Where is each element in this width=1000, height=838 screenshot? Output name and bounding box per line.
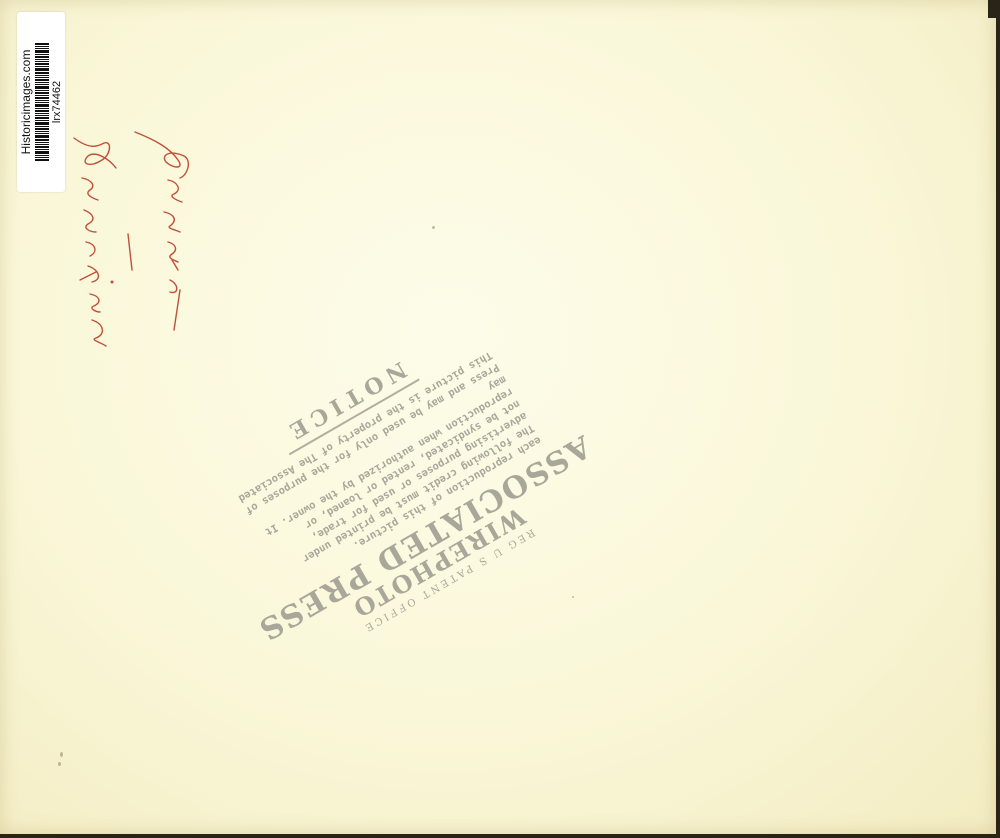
scan-corner (988, 0, 1000, 18)
handwritten-annotation (60, 120, 220, 360)
paper-speck (432, 226, 435, 229)
paper-speck (60, 752, 63, 757)
paper-speck (58, 762, 61, 766)
barcode-icon (35, 43, 49, 161)
photo-back-paper: Historicimages.com lrx74462 (0, 0, 996, 834)
label-site-text: Historicimages.com (20, 50, 33, 155)
barcode-label: Historicimages.com lrx74462 (17, 12, 65, 192)
label-id-text: lrx74462 (51, 81, 63, 123)
paper-speck (572, 596, 574, 598)
